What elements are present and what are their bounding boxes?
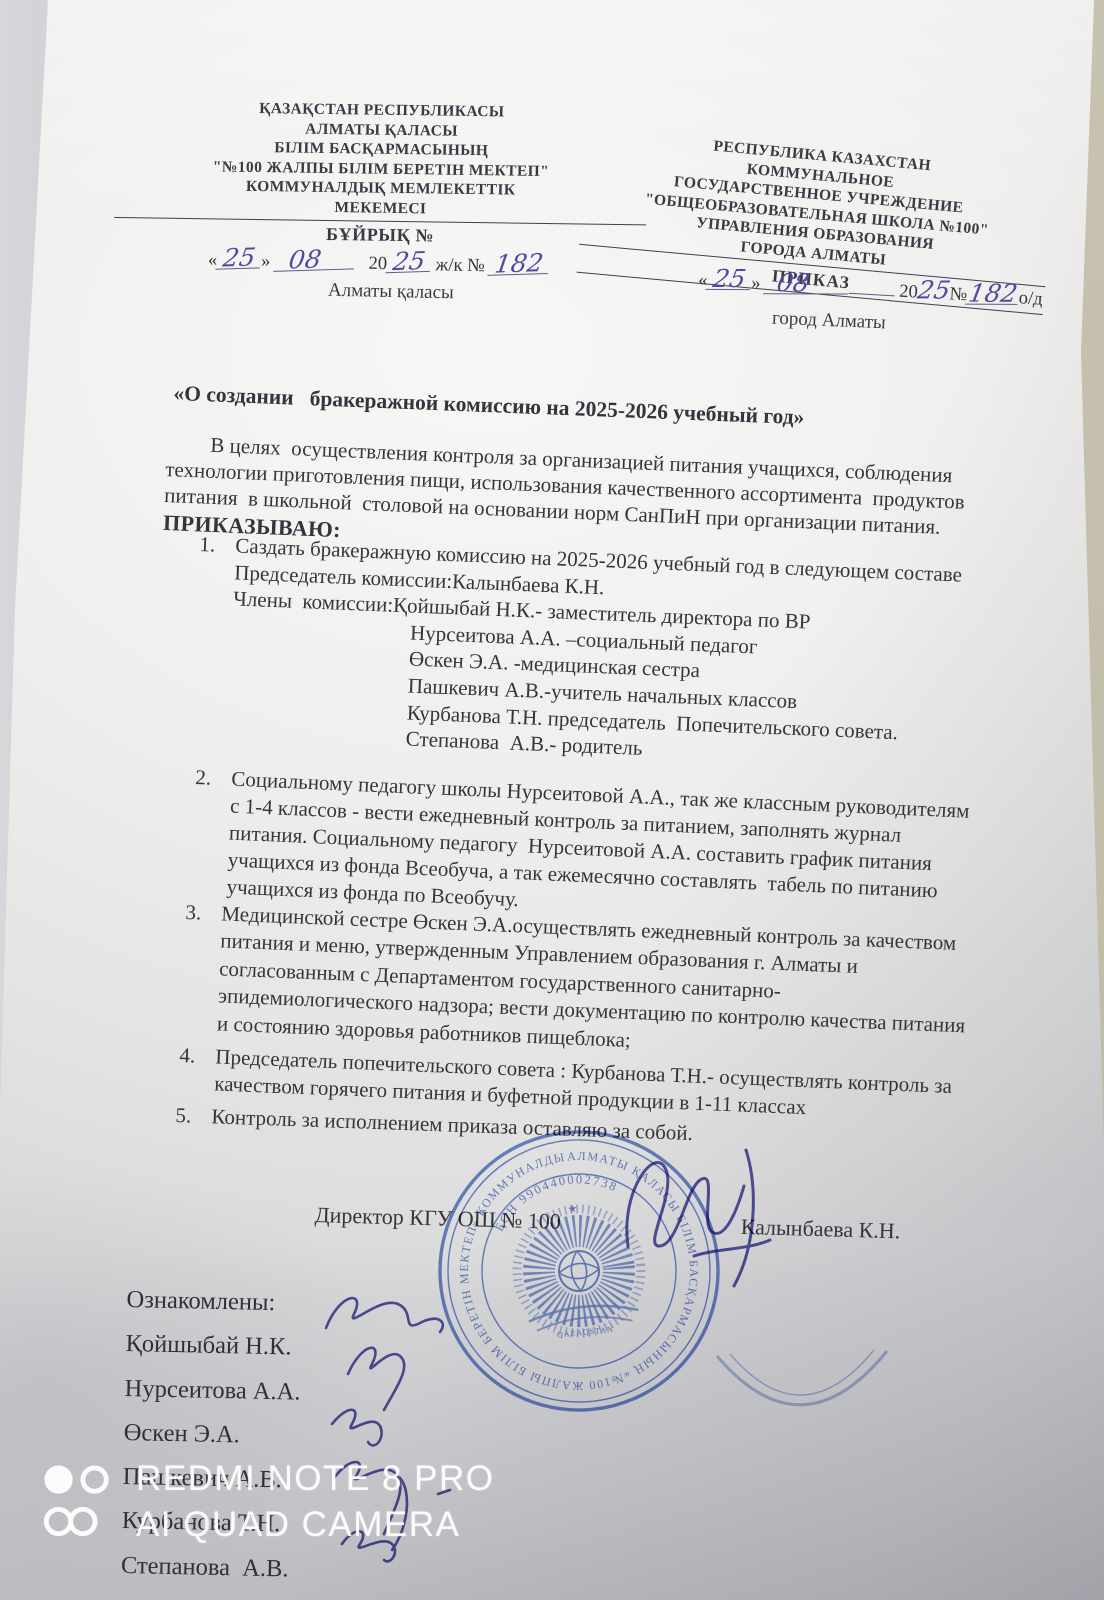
quote-close: » bbox=[261, 252, 271, 272]
acknowledged-name: Степанова А.В. bbox=[121, 1544, 298, 1592]
blank-line bbox=[848, 293, 894, 297]
city-kazakh: Алматы қаласы bbox=[328, 280, 454, 305]
acknowledged-name: Өскен Э.А. bbox=[123, 1411, 300, 1459]
item-number: 1. bbox=[199, 531, 216, 558]
handwritten-day: 25 bbox=[706, 270, 754, 290]
order-type-suffix: о/д bbox=[1018, 288, 1043, 309]
item-number: 5. bbox=[175, 1102, 192, 1129]
acknowledged-name: Нурсеитова А.А. bbox=[124, 1367, 301, 1415]
item-number: 2. bbox=[195, 764, 212, 792]
order-item-1: 1. Саздать бракеражную комиссию на 2025-… bbox=[191, 531, 1059, 778]
acknowledged-list: Ознакомлены: Қойшыбай Н.К. Нурсеитова А.… bbox=[121, 1278, 303, 1592]
handwritten-year: 25 bbox=[386, 252, 433, 273]
handwritten-number: 182 bbox=[965, 285, 1021, 305]
handwritten-month: 08 bbox=[763, 274, 851, 294]
acknowledged-name: Қойшыбай Н.К. bbox=[125, 1322, 302, 1370]
year-printed: 20 bbox=[368, 254, 387, 274]
stamp-emblem-caption: QAZAQSTAN bbox=[556, 1325, 614, 1340]
watermark-line-1: REDMI NOTE 8 PRO bbox=[136, 1460, 494, 1498]
item-number: 4. bbox=[179, 1042, 196, 1070]
watermark-line-2: AI QUAD CAMERA bbox=[136, 1506, 494, 1544]
handwritten-day: 25 bbox=[216, 248, 263, 269]
handwritten-year: 25 bbox=[916, 282, 951, 300]
city-russian: город Алматы bbox=[772, 308, 887, 335]
camera-watermark: REDMI NOTE 8 PRO AI QUAD CAMERA bbox=[40, 1460, 494, 1544]
header-kazakh: ҚАЗАҚСТАН РЕСПУБЛИКАСЫ АЛМАТЫ ҚАЛАСЫ БІЛ… bbox=[114, 97, 648, 249]
photo-of-document: { "colors":{"ink":"#34343e","pen_blue":"… bbox=[0, 0, 1104, 1600]
quote-close: » bbox=[751, 273, 761, 293]
quad-camera-icon bbox=[40, 1460, 116, 1544]
handwritten-number: 182 bbox=[488, 254, 551, 276]
director-signature bbox=[598, 1128, 818, 1298]
handwritten-month: 08 bbox=[273, 249, 356, 271]
reg-label: ж/к № bbox=[435, 255, 485, 276]
item-number: 3. bbox=[185, 899, 202, 927]
stamp-star: ★ bbox=[567, 1203, 578, 1216]
acknowledged-title: Ознакомлены: bbox=[126, 1278, 303, 1326]
stamp-edge-arc bbox=[712, 1346, 892, 1436]
